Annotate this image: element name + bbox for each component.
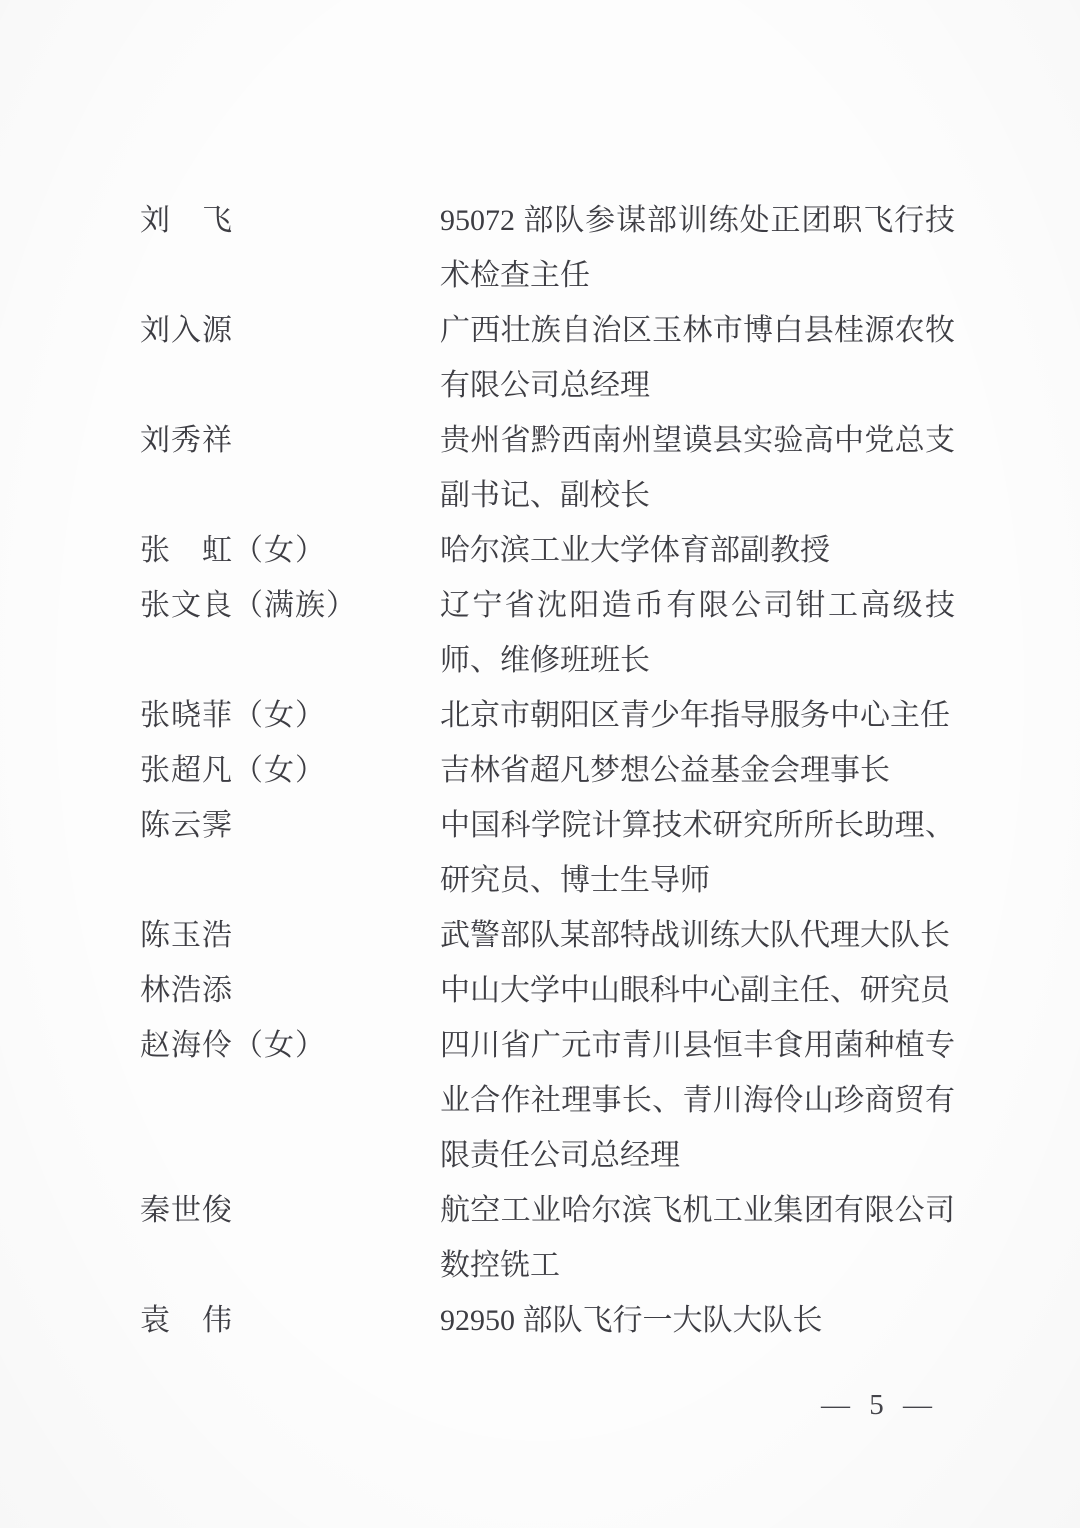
person-name: 陈云霁 [140, 798, 440, 853]
list-item: 赵海伶（女）四川省广元市青川县恒丰食用菌种植专业合作社理事长、青川海伶山珍商贸有… [140, 1018, 955, 1183]
person-title: 92950 部队飞行一大队大队长 [440, 1293, 955, 1348]
person-title-line: 辽宁省沈阳造币有限公司钳工高级技 [440, 578, 955, 633]
person-name: 袁 伟 [140, 1293, 440, 1348]
person-name: 张晓菲（女） [140, 688, 440, 743]
list-item: 秦世俊航空工业哈尔滨飞机工业集团有限公司数控铣工 [140, 1183, 955, 1293]
person-name: 秦世俊 [140, 1183, 440, 1238]
person-title: 辽宁省沈阳造币有限公司钳工高级技师、维修班班长 [440, 578, 955, 688]
person-title-line: 武警部队某部特战训练大队代理大队长 [440, 908, 955, 963]
list-item: 刘秀祥贵州省黔西南州望谟县实验高中党总支副书记、副校长 [140, 413, 955, 523]
person-title-line: 北京市朝阳区青少年指导服务中心主任 [440, 688, 955, 743]
person-title-line: 限责任公司总经理 [440, 1128, 955, 1183]
person-title-line: 副书记、副校长 [440, 468, 955, 523]
person-name: 林浩添 [140, 963, 440, 1018]
list-item: 张超凡（女）吉林省超凡梦想公益基金会理事长 [140, 743, 955, 798]
list-item: 林浩添中山大学中山眼科中心副主任、研究员 [140, 963, 955, 1018]
person-title-line: 贵州省黔西南州望谟县实验高中党总支 [440, 413, 955, 468]
page-number: — 5 — [821, 1385, 938, 1425]
person-title: 武警部队某部特战训练大队代理大队长 [440, 908, 955, 963]
list-item: 陈云霁中国科学院计算技术研究所所长助理、研究员、博士生导师 [140, 798, 955, 908]
person-name: 张 虹（女） [140, 523, 440, 578]
person-title: 广西壮族自治区玉林市博白县桂源农牧有限公司总经理 [440, 303, 955, 413]
list-item: 张晓菲（女）北京市朝阳区青少年指导服务中心主任 [140, 688, 955, 743]
person-title: 吉林省超凡梦想公益基金会理事长 [440, 743, 955, 798]
person-title: 中山大学中山眼科中心副主任、研究员 [440, 963, 955, 1018]
person-title-line: 有限公司总经理 [440, 358, 955, 413]
person-name: 刘 飞 [140, 193, 440, 248]
person-title: 贵州省黔西南州望谟县实验高中党总支副书记、副校长 [440, 413, 955, 523]
person-title-line: 广西壮族自治区玉林市博白县桂源农牧 [440, 303, 955, 358]
list-item: 袁 伟92950 部队飞行一大队大队长 [140, 1293, 955, 1348]
person-name: 张超凡（女） [140, 743, 440, 798]
person-name: 陈玉浩 [140, 908, 440, 963]
person-title: 四川省广元市青川县恒丰食用菌种植专业合作社理事长、青川海伶山珍商贸有限责任公司总… [440, 1018, 955, 1183]
list-item: 张 虹（女）哈尔滨工业大学体育部副教授 [140, 523, 955, 578]
list-item: 陈玉浩武警部队某部特战训练大队代理大队长 [140, 908, 955, 963]
person-name: 赵海伶（女） [140, 1018, 440, 1073]
person-title: 中国科学院计算技术研究所所长助理、研究员、博士生导师 [440, 798, 955, 908]
person-name: 张文良（满族） [140, 578, 440, 633]
person-title: 北京市朝阳区青少年指导服务中心主任 [440, 688, 955, 743]
person-name: 刘秀祥 [140, 413, 440, 468]
person-title-line: 四川省广元市青川县恒丰食用菌种植专 [440, 1018, 955, 1073]
person-title: 95072 部队参谋部训练处正团职飞行技术检查主任 [440, 193, 955, 303]
person-title-line: 师、维修班班长 [440, 633, 955, 688]
person-title-line: 中山大学中山眼科中心副主任、研究员 [440, 963, 955, 1018]
person-title: 航空工业哈尔滨飞机工业集团有限公司数控铣工 [440, 1183, 955, 1293]
person-title-line: 吉林省超凡梦想公益基金会理事长 [440, 743, 955, 798]
list-item: 张文良（满族）辽宁省沈阳造币有限公司钳工高级技师、维修班班长 [140, 578, 955, 688]
person-name: 刘入源 [140, 303, 440, 358]
person-title: 哈尔滨工业大学体育部副教授 [440, 523, 955, 578]
list-item: 刘 飞95072 部队参谋部训练处正团职飞行技术检查主任 [140, 193, 955, 303]
list-item: 刘入源广西壮族自治区玉林市博白县桂源农牧有限公司总经理 [140, 303, 955, 413]
document-page: 刘 飞95072 部队参谋部训练处正团职飞行技术检查主任刘入源广西壮族自治区玉林… [0, 0, 1080, 1528]
person-title-line: 术检查主任 [440, 248, 955, 303]
person-title-line: 95072 部队参谋部训练处正团职飞行技 [440, 193, 955, 248]
person-title-line: 哈尔滨工业大学体育部副教授 [440, 523, 955, 578]
person-title-line: 研究员、博士生导师 [440, 853, 955, 908]
person-title-line: 数控铣工 [440, 1238, 955, 1293]
person-title-line: 92950 部队飞行一大队大队长 [440, 1293, 955, 1348]
person-title-line: 业合作社理事长、青川海伶山珍商贸有 [440, 1073, 955, 1128]
entries-list: 刘 飞95072 部队参谋部训练处正团职飞行技术检查主任刘入源广西壮族自治区玉林… [140, 193, 955, 1348]
person-title-line: 中国科学院计算技术研究所所长助理、 [440, 798, 955, 853]
person-title-line: 航空工业哈尔滨飞机工业集团有限公司 [440, 1183, 955, 1238]
